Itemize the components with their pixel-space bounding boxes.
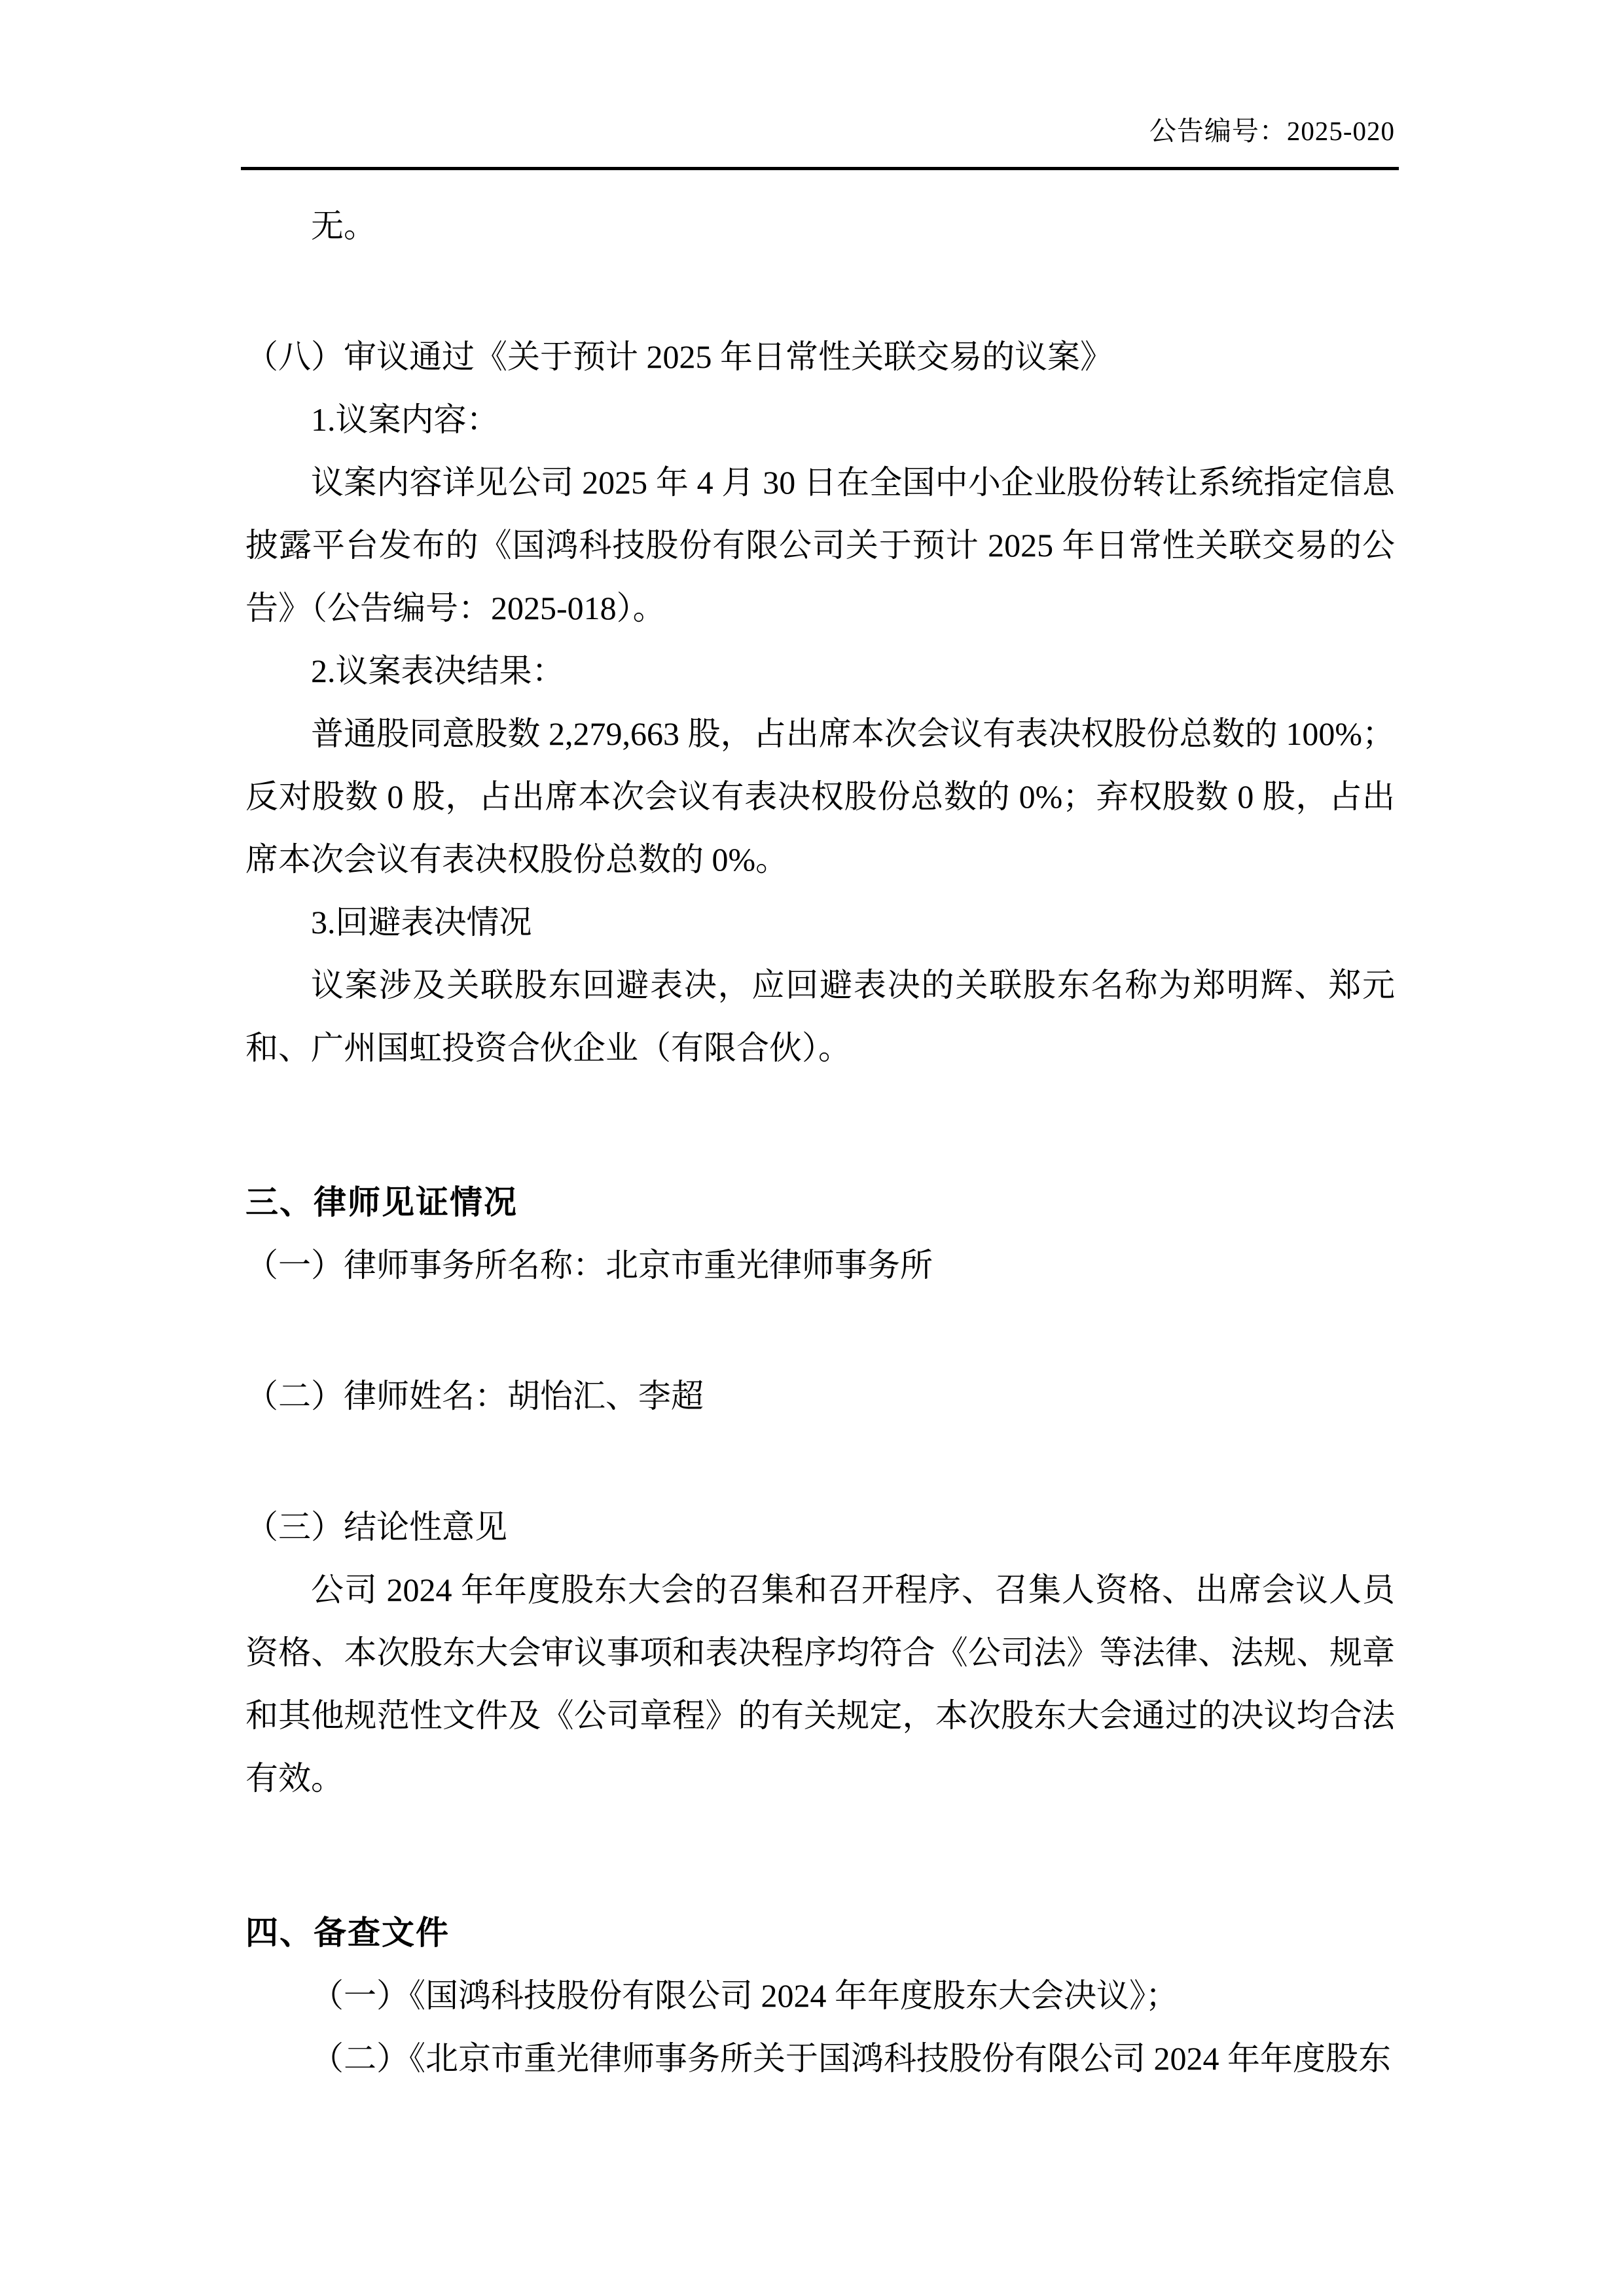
item-content-detail: 议案内容详见公司 2025 年 4 月 30 日在全国中小企业股份转让系统指定信… <box>245 451 1395 639</box>
item-8-heading: （八）审议通过《关于预计 2025 年日常性关联交易的议案》 <box>245 325 1395 388</box>
announcement-number: 公告编号：2025-020 <box>1149 116 1395 146</box>
reference-doc-1: （一）《国鸿科技股份有限公司 2024 年年度股东大会决议》； <box>245 1964 1395 2027</box>
abstention-detail: 议案涉及关联股东回避表决，应回避表决的关联股东名称为郑明辉、郑元和、广州国虹投资… <box>245 954 1395 1079</box>
section-heading-lawyer-witness: 三、律师见证情况 <box>245 1171 1395 1234</box>
vote-result-detail: 普通股同意股数 2,279,663 股，占出席本次会议有表决权股份总数的 100… <box>245 702 1395 891</box>
paragraph-none: 无。 <box>245 194 1395 257</box>
document-page: 公告编号：2025-020 无。 （八）审议通过《关于预计 2025 年日常性关… <box>0 0 1624 2296</box>
item-content-label: 1.议案内容： <box>245 388 1395 451</box>
conclusion-detail: 公司 2024 年年度股东大会的召集和召开程序、召集人资格、出席会议人员资格、本… <box>245 1558 1395 1810</box>
section-heading-reference-documents: 四、备查文件 <box>245 1901 1395 1964</box>
reference-doc-2: （二）《北京市重光律师事务所关于国鸿科技股份有限公司 2024 年年度股东 <box>245 2027 1395 2090</box>
conclusion-label: （三）结论性意见 <box>245 1496 1395 1558</box>
law-firm-name: （一）律师事务所名称：北京市重光律师事务所 <box>245 1234 1395 1297</box>
document-body: 无。 （八）审议通过《关于预计 2025 年日常性关联交易的议案》 1.议案内容… <box>0 170 1624 2090</box>
vote-result-label: 2.议案表决结果： <box>245 639 1395 702</box>
page-header: 公告编号：2025-020 <box>0 0 1624 151</box>
abstention-label: 3.回避表决情况 <box>245 891 1395 954</box>
lawyer-names: （二）律师姓名：胡怡汇、李超 <box>245 1365 1395 1427</box>
